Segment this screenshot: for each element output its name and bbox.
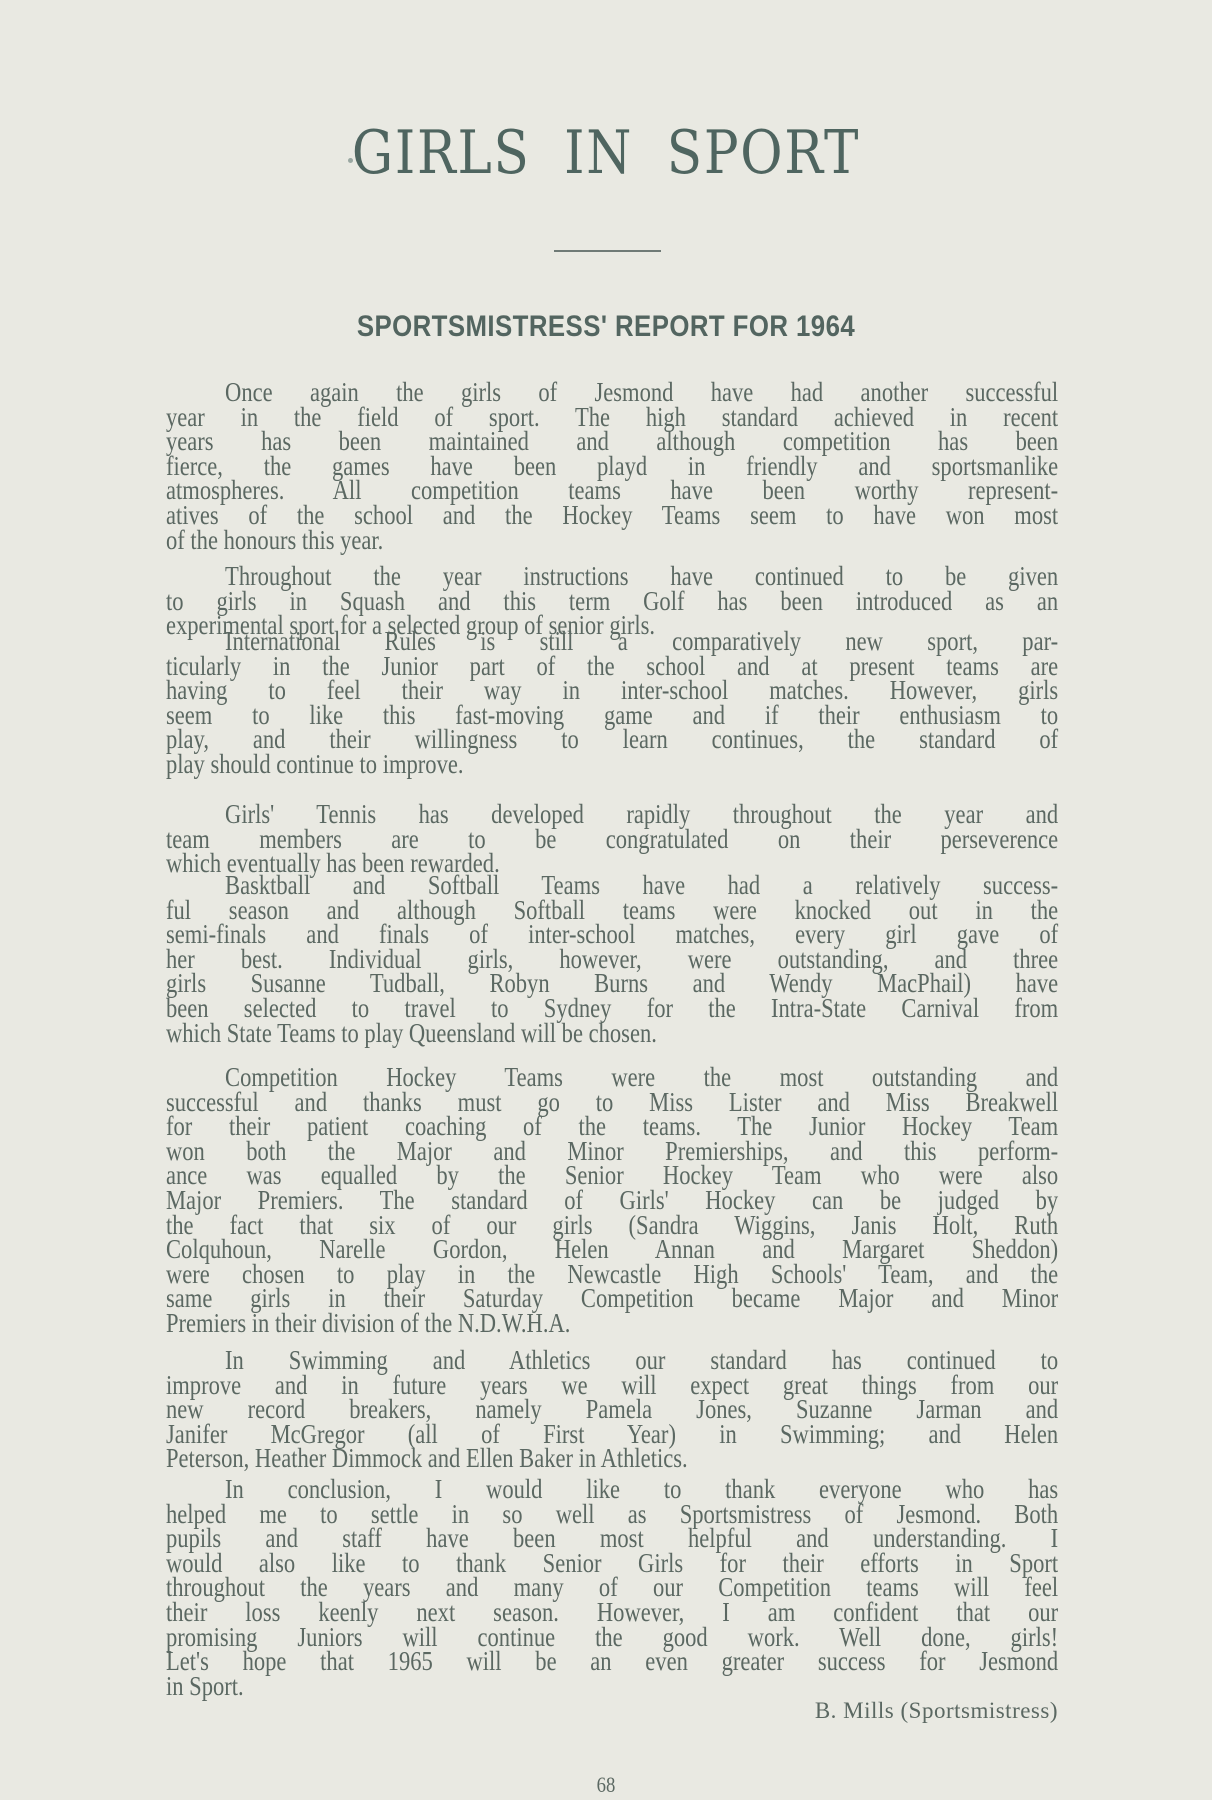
paragraph: In conclusion, I would like to thank eve…	[166, 1477, 1058, 1698]
text-line: Let's hope that 1965 will be an even gre…	[166, 1649, 1058, 1674]
page-number: 68	[91, 1772, 1121, 1798]
paragraph: In Swimming and Athletics our standard h…	[166, 1348, 1058, 1471]
text-line: in Sport.	[166, 1674, 1058, 1699]
paragraph: International Rules is still a comparati…	[166, 629, 1058, 777]
text-line: play should continue to improve.	[166, 752, 1058, 777]
text-line: Peterson, Heather Dimmock and Ellen Bake…	[166, 1446, 1058, 1471]
title-divider	[554, 250, 661, 252]
report-subtitle: SPORTSMISTRESS' REPORT FOR 1964	[85, 310, 1127, 344]
paragraph: Once again the girls of Jesmond have had…	[166, 380, 1058, 552]
text-line: which State Teams to play Queensland wil…	[166, 1021, 1058, 1046]
signature: B. Mills (Sportsmistress)	[815, 1698, 1058, 1724]
paragraph: Basktball and Softball Teams have had a …	[166, 873, 1058, 1045]
paragraph: Girls' Tennis has developed rapidly thro…	[166, 802, 1058, 876]
paragraph: Competition Hockey Teams were the most o…	[166, 1065, 1058, 1336]
text-line: Premiers in their division of the N.D.W.…	[166, 1311, 1058, 1336]
text-line: of the honours this year.	[166, 528, 1058, 553]
page-title: GIRLS IN SPORT	[85, 118, 1127, 188]
